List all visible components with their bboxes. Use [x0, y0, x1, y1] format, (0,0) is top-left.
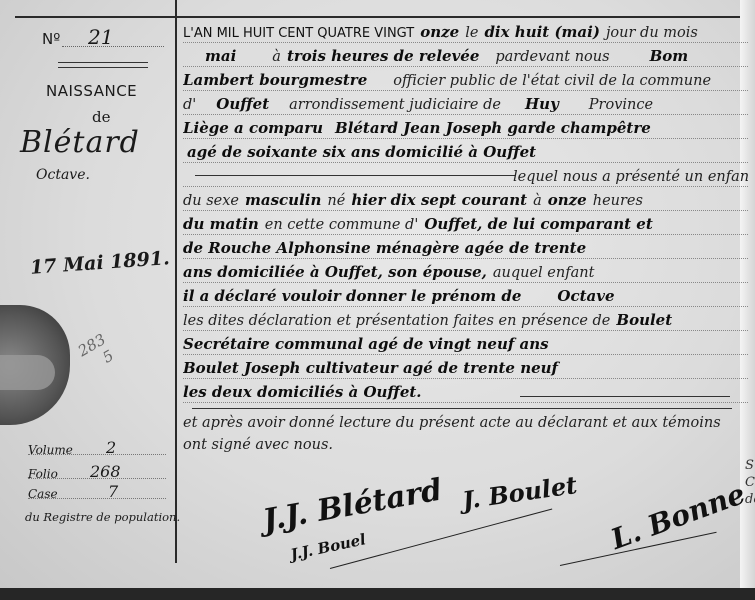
- line-filler-stroke: [520, 396, 730, 397]
- child-surname: Blétard: [20, 125, 140, 160]
- handwritten-text: Lambert bourgmestre: [183, 71, 367, 89]
- pencil-note: 283 5: [75, 330, 118, 375]
- printed-text: auquel enfant: [493, 265, 595, 281]
- body-line-9: du matinen cette commune d'Ouffet, de lu…: [183, 214, 748, 238]
- handwritten-text: Ouffet, de lui comparant et: [424, 215, 652, 233]
- handwritten-text: masculin: [245, 191, 321, 209]
- printed-text: L'AN MIL HUIT CENT QUATRE VINGT: [183, 26, 414, 41]
- handwritten-text: Liège a comparu: [183, 119, 323, 137]
- signature-declarant: J.J. Blétard: [260, 473, 444, 539]
- line-filler-stroke: [195, 175, 515, 176]
- handwritten-text: Boulet Joseph cultivateur agé de trente …: [183, 359, 558, 377]
- thumbnail-artifact: [0, 355, 55, 390]
- handwritten-text: Bom: [650, 47, 689, 65]
- register-case: Case 7: [28, 487, 166, 501]
- entry-number-label: Nº: [42, 30, 60, 48]
- body-line-11: ans domiciliée à Ouffet, son épouse,auqu…: [183, 262, 748, 286]
- pencil-note-denominator: 5: [100, 346, 118, 367]
- handwritten-text: les deux domiciliés à Ouffet.: [183, 383, 422, 401]
- register-folio: Folio 268: [28, 467, 166, 481]
- body-line-5: Liège a comparuBlétard Jean Joseph garde…: [183, 118, 748, 142]
- printed-text: officier public de l'état civil de la co…: [393, 73, 711, 89]
- body-line-10: de Rouche Alphonsine ménagère agée de tr…: [183, 238, 748, 262]
- register-footer: du Registre de population.: [25, 510, 180, 524]
- closing-line-1: et après avoir donné lecture du présent …: [183, 415, 721, 431]
- printed-text: lequel nous a présenté un enfant: [513, 169, 748, 185]
- register-page: Nº 21 NAISSANCE de Blétard Octave. 17 Ma…: [0, 0, 755, 590]
- edge-text-3: de: [745, 492, 755, 507]
- edge-text-2: C: [745, 475, 755, 490]
- signature-witness: J. Boulet: [461, 470, 579, 515]
- body-line-1: L'AN MIL HUIT CENT QUATRE VINGTonzeledix…: [183, 22, 748, 46]
- signature-official: L. Bonne: [607, 477, 750, 556]
- body-line-7: lequel nous a présenté un enfant: [183, 166, 748, 190]
- printed-text: le: [465, 25, 478, 41]
- body-line-8: du sexemasculinnéhier dix sept courantào…: [183, 190, 748, 214]
- handwritten-text: onze: [420, 23, 459, 41]
- body-line-14: Secrétaire communal agé de vingt neuf an…: [183, 334, 748, 358]
- handwritten-text: dix huit (mai): [484, 23, 600, 41]
- handwritten-text: trois heures de relevée: [287, 47, 479, 65]
- printed-text: à: [533, 193, 542, 209]
- volume-value: 2: [106, 438, 116, 457]
- handwritten-text: ans domiciliée à Ouffet, son épouse,: [183, 263, 487, 281]
- printed-text: les dites déclaration et présentation fa…: [183, 313, 610, 329]
- printed-text: en cette commune d': [265, 217, 419, 233]
- edge-text-1: S: [745, 458, 754, 473]
- folio-value: 268: [90, 462, 121, 481]
- body-line-15: Boulet Joseph cultivateur agé de trente …: [183, 358, 748, 382]
- printed-text: d': [183, 97, 196, 113]
- handwritten-text: mai: [205, 47, 236, 65]
- printed-text: Province: [589, 97, 653, 113]
- printed-text: jour du mois: [606, 25, 698, 41]
- body-line-6: agé de soixante six ans domicilié à Ouff…: [183, 142, 748, 166]
- handwritten-text: hier dix sept courant: [351, 191, 527, 209]
- printed-text: né: [327, 193, 345, 209]
- printed-text: à: [272, 49, 281, 65]
- handwritten-text: Boulet: [616, 311, 672, 329]
- body-line-3: Lambert bourgmestreofficier public de l'…: [183, 70, 748, 94]
- body-line-2: maiàtrois heures de relevéepardevant nou…: [183, 46, 748, 70]
- entry-number-value: 21: [88, 25, 113, 49]
- handwritten-text: Ouffet: [216, 95, 269, 113]
- heading-de: de: [92, 108, 110, 126]
- handwritten-text: de Rouche Alphonsine ménagère agée de tr…: [183, 239, 586, 257]
- handwritten-text: Huy: [525, 95, 559, 113]
- signature-declarant-2: J.J. Bouel: [289, 530, 367, 563]
- printed-text: du sexe: [183, 193, 239, 209]
- top-rule: [15, 16, 755, 18]
- margin-rule: [175, 0, 177, 563]
- handwritten-text: du matin: [183, 215, 259, 233]
- printed-text: arrondissement judiciaire de: [289, 97, 501, 113]
- case-value: 7: [108, 482, 118, 501]
- closing-line-2: ont signé avec nous.: [183, 437, 333, 453]
- handwritten-text: agé de soixante six ans domicilié à Ouff…: [187, 143, 536, 161]
- register-volume: Volume 2: [28, 443, 166, 457]
- printed-text: heures: [593, 193, 643, 209]
- body-line-4: d'Ouffetarrondissement judiciaire deHuyP…: [183, 94, 748, 118]
- handwritten-text: Secrétaire communal agé de vingt neuf an…: [183, 335, 549, 353]
- margin-date-note: 17 Mai 1891.: [29, 247, 170, 279]
- body-line-13: les dites déclaration et présentation fa…: [183, 310, 748, 334]
- scan-bottom-shadow: [0, 588, 755, 600]
- handwritten-text: Blétard Jean Joseph garde champêtre: [335, 119, 651, 137]
- line-filler-stroke: [192, 408, 732, 409]
- printed-text: pardevant nous: [495, 49, 609, 65]
- entry-heading: NAISSANCE: [46, 82, 137, 100]
- body-line-12: il a déclaré vouloir donner le prénom de…: [183, 286, 748, 310]
- handwritten-text: il a déclaré vouloir donner le prénom de: [183, 287, 521, 305]
- double-rule: [58, 62, 148, 68]
- child-firstname: Octave.: [36, 167, 90, 183]
- body-line-16: les deux domiciliés à Ouffet.: [183, 382, 748, 406]
- handwritten-text: Octave: [557, 287, 614, 305]
- handwritten-text: onze: [548, 191, 587, 209]
